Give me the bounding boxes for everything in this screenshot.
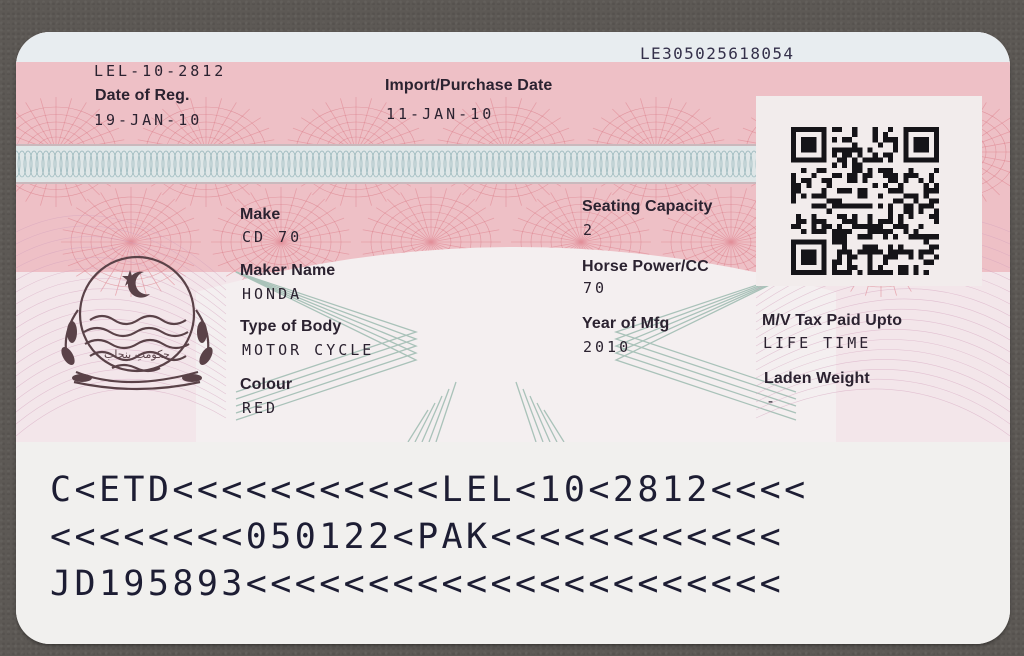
government-of-punjab-emblem-icon: حکومتِ پنجاب: [52, 252, 222, 402]
machine-readable-zone: C<ETD<<<<<<<<<<<LEL<10<2812<<<< <<<<<<<<…: [16, 442, 1010, 644]
mrz-line-3: JD195893<<<<<<<<<<<<<<<<<<<<<<: [50, 564, 784, 604]
laden-weight-label: Laden Weight: [764, 370, 870, 388]
colour-value: RED: [242, 399, 278, 417]
horse-power-value: 70: [583, 279, 607, 297]
colour-label: Colour: [240, 376, 292, 394]
mrz-line-2: <<<<<<<<050122<PAK<<<<<<<<<<<<: [50, 517, 784, 557]
security-band: [16, 144, 776, 184]
seating-capacity-value: 2: [583, 221, 595, 239]
maker-name-value: HONDA: [242, 285, 302, 303]
maker-name-label: Maker Name: [240, 262, 335, 280]
make-label: Make: [240, 206, 280, 224]
type-of-body-value: MOTOR CYCLE: [242, 341, 374, 359]
import-purchase-date-value: 11-JAN-10: [386, 105, 494, 123]
seating-capacity-label: Seating Capacity: [582, 198, 713, 216]
import-purchase-date-label: Import/Purchase Date: [385, 77, 552, 95]
registration-number: LEL-10-2812: [94, 62, 226, 80]
mrz-line-1: C<ETD<<<<<<<<<<<LEL<10<2812<<<<: [50, 470, 809, 510]
type-of-body-label: Type of Body: [240, 318, 341, 336]
svg-text:حکومتِ پنجاب: حکومتِ پنجاب: [104, 348, 170, 361]
tax-paid-upto-label: M/V Tax Paid Upto: [762, 312, 902, 330]
date-of-reg-label: Date of Reg.: [95, 87, 190, 105]
laden-weight-value: -: [766, 392, 778, 410]
date-of-reg-value: 19-JAN-10: [94, 111, 202, 129]
registration-card: حکومتِ پنجاب LEL-10-2812 Date of Reg. 19…: [16, 32, 1010, 644]
make-value: CD 70: [242, 228, 302, 246]
year-of-mfg-label: Year of Mfg: [582, 315, 669, 333]
qr-code-icon: [791, 127, 939, 275]
year-of-mfg-value: 2010: [583, 338, 631, 356]
tax-paid-upto-value: LIFE TIME: [763, 334, 871, 352]
horse-power-label: Horse Power/CC: [582, 258, 709, 276]
serial-number: LE305025618054: [640, 44, 794, 63]
